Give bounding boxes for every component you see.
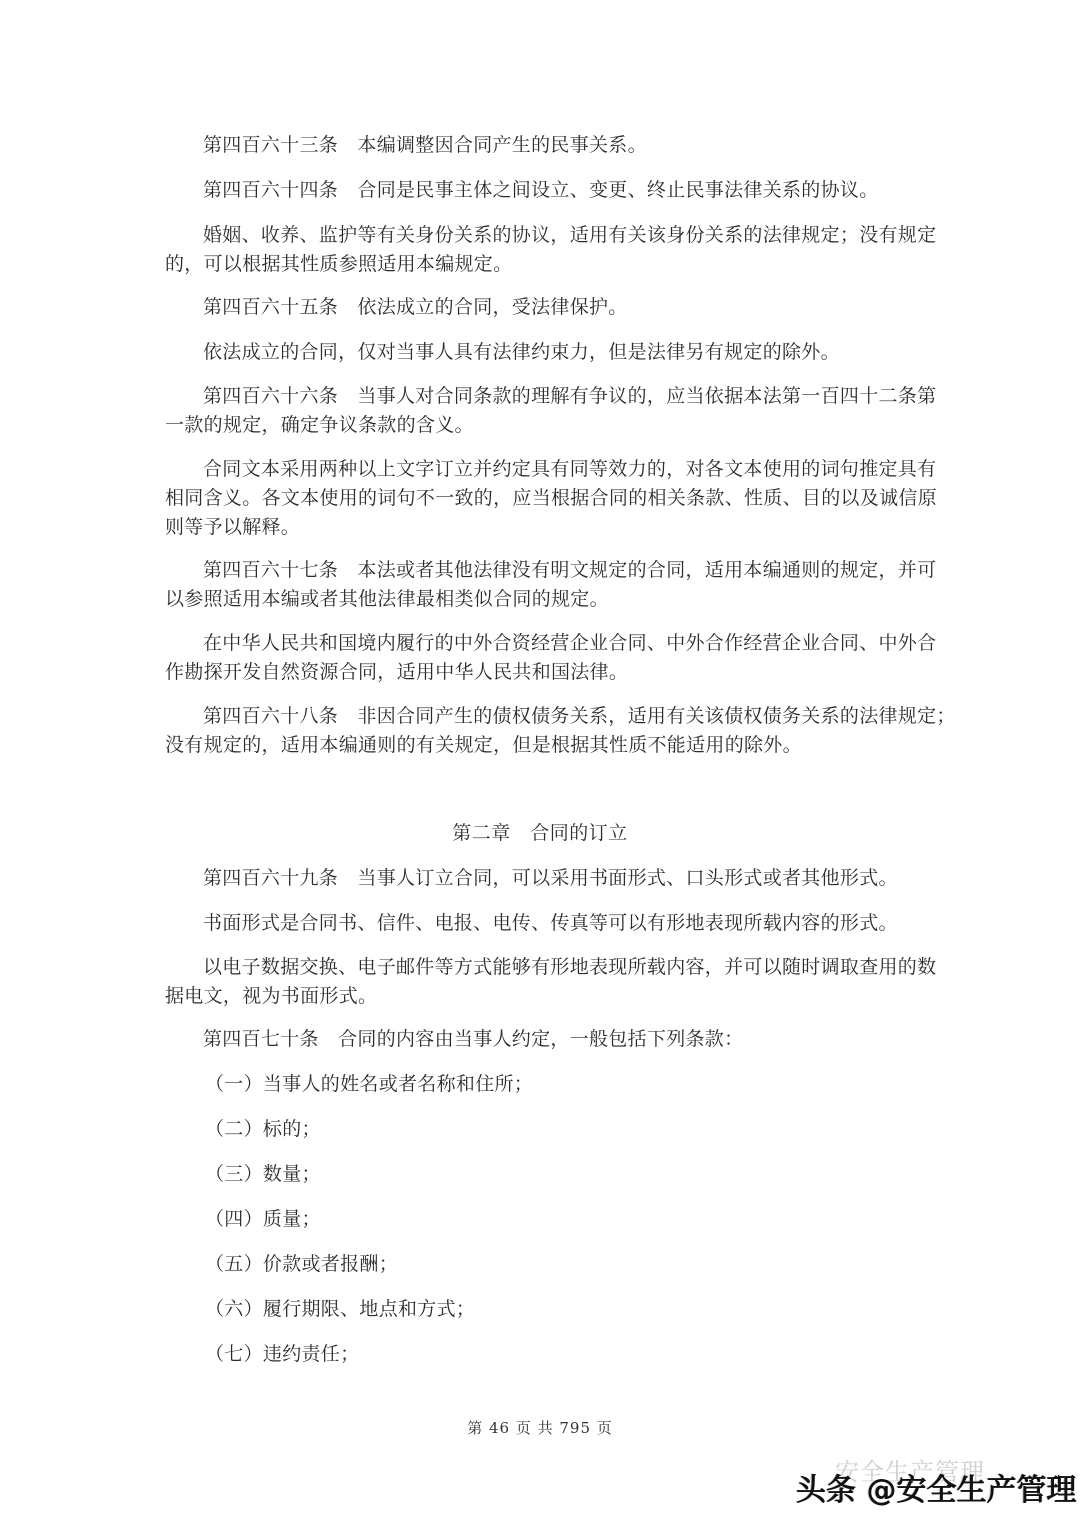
paragraph-line: 书面形式是合同书、信件、电报、电传、传真等可以有形地表现所载内容的形式。 <box>203 911 898 935</box>
watermark-text: 头条 @安全生产管理 <box>796 1465 1076 1509</box>
document-page: 第四百六十三条 本编调整因合同产生的民事关系。 第四百六十四条 合同是民事主体之… <box>0 0 1080 1527</box>
paragraph-line: 以电子数据交换、电子邮件等方式能够有形地表现所载内容，并可以随时调取查用的数 <box>203 955 917 979</box>
paragraph-line: 相同含义。各文本使用的词句不一致的，应当根据合同的相关条款、性质、目的以及诚信原 <box>165 486 917 510</box>
paragraph-line: 没有规定的，适用本编通则的有关规定，但是根据其性质不能适用的除外。 <box>165 733 802 757</box>
paragraph-line: 在中华人民共和国境内履行的中外合资经营企业合同、中外合作经营企业合同、中外合 <box>203 631 917 655</box>
paragraph-line: 合同文本采用两种以上文字订立并约定具有同等效力的，对各文本使用的词句推定具有 <box>203 457 917 481</box>
paragraph-line: 作勘探开发自然资源合同，适用中华人民共和国法律。 <box>165 660 628 684</box>
list-item: （三）数量； <box>205 1162 321 1186</box>
paragraph-line: 第四百六十九条 当事人订立合同，可以采用书面形式、口头形式或者其他形式。 <box>203 866 898 890</box>
chapter-title: 第二章 合同的订立 <box>0 821 1080 845</box>
paragraph-line: 第四百六十六条 当事人对合同条款的理解有争议的，应当依据本法第一百四十二条第 <box>203 384 917 408</box>
paragraph-line: 依法成立的合同，仅对当事人具有法律约束力，但是法律另有规定的除外。 <box>203 340 840 364</box>
page-number-footer: 第 46 页 共 795 页 <box>0 1417 1080 1438</box>
list-item: （六）履行期限、地点和方式； <box>205 1297 475 1321</box>
paragraph-line: 第四百六十五条 依法成立的合同，受法律保护。 <box>203 295 628 319</box>
paragraph-line: 婚姻、收养、监护等有关身份关系的协议，适用有关该身份关系的法律规定；没有规定 <box>203 223 917 247</box>
list-item: （四）质量； <box>205 1207 321 1231</box>
list-item: （一）当事人的姓名或者名称和住所； <box>205 1072 533 1096</box>
paragraph-line: 一款的规定，确定争议条款的含义。 <box>165 413 474 437</box>
list-item: （七）违约责任； <box>205 1342 359 1366</box>
paragraph-line: 的，可以根据其性质参照适用本编规定。 <box>165 252 512 276</box>
paragraph-line: 第四百六十三条 本编调整因合同产生的民事关系。 <box>203 133 647 157</box>
list-item: （二）标的； <box>205 1117 321 1141</box>
paragraph-line: 第四百七十条 合同的内容由当事人约定，一般包括下列条款： <box>203 1027 743 1051</box>
paragraph-line: 第四百六十七条 本法或者其他法律没有明文规定的合同，适用本编通则的规定，并可 <box>203 558 917 582</box>
paragraph-line: 以参照适用本编或者其他法律最相类似合同的规定。 <box>165 587 609 611</box>
paragraph-line: 第四百六十八条 非因合同产生的债权债务关系，适用有关该债权债务关系的法律规定； <box>203 704 917 728</box>
list-item: （五）价款或者报酬； <box>205 1252 398 1276</box>
paragraph-line: 第四百六十四条 合同是民事主体之间设立、变更、终止民事法律关系的协议。 <box>203 178 879 202</box>
paragraph-line: 则等予以解释。 <box>165 515 300 539</box>
paragraph-line: 据电文，视为书面形式。 <box>165 984 377 1008</box>
